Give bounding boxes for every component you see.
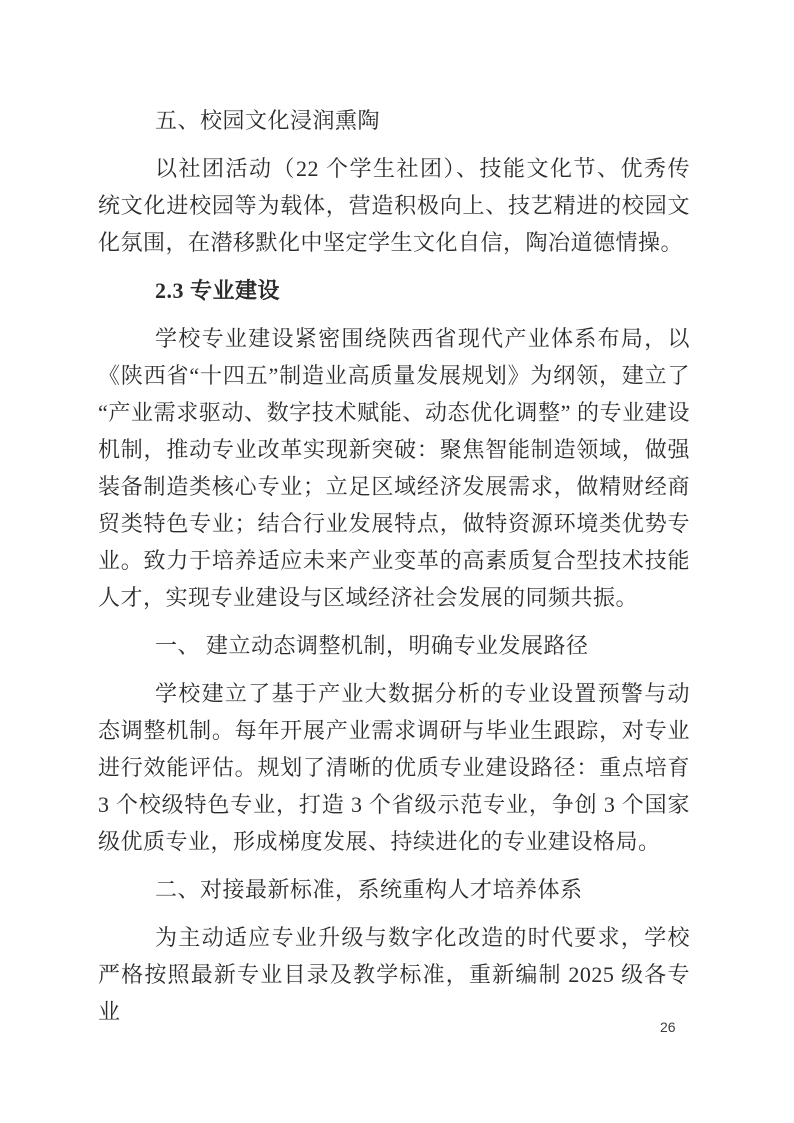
document-page: 五、校园文化浸润熏陶 以社团活动（22 个学生社团）、技能文化节、优秀传统文化进…	[0, 0, 794, 1123]
document-content: 五、校园文化浸润熏陶 以社团活动（22 个学生社团）、技能文化节、优秀传统文化进…	[98, 102, 690, 1041]
page-number: 26	[660, 1019, 676, 1035]
heading-latest-standards: 二、对接最新标准，系统重构人才培养体系	[98, 871, 690, 908]
para-major-construction-overview: 学校专业建设紧密围绕陕西省现代产业体系布局，以《陕西省“十四五”制造业高质量发展…	[98, 320, 690, 616]
para-campus-culture: 以社团活动（22 个学生社团）、技能文化节、优秀传统文化进校园等为载体，营造积极…	[98, 150, 690, 261]
para-dynamic-adjustment-mechanism: 学校建立了基于产业大数据分析的专业设置预警与动态调整机制。每年开展产业需求调研与…	[98, 675, 690, 860]
heading-2-3-major-construction: 2.3 专业建设	[98, 272, 690, 309]
heading-campus-culture: 五、校园文化浸润熏陶	[98, 102, 690, 139]
para-latest-standards: 为主动适应专业升级与数字化改造的时代要求，学校严格按照最新专业目录及教学标准，重…	[98, 919, 690, 1030]
heading-dynamic-adjustment-mechanism: 一、 建立动态调整机制，明确专业发展路径	[98, 627, 690, 664]
